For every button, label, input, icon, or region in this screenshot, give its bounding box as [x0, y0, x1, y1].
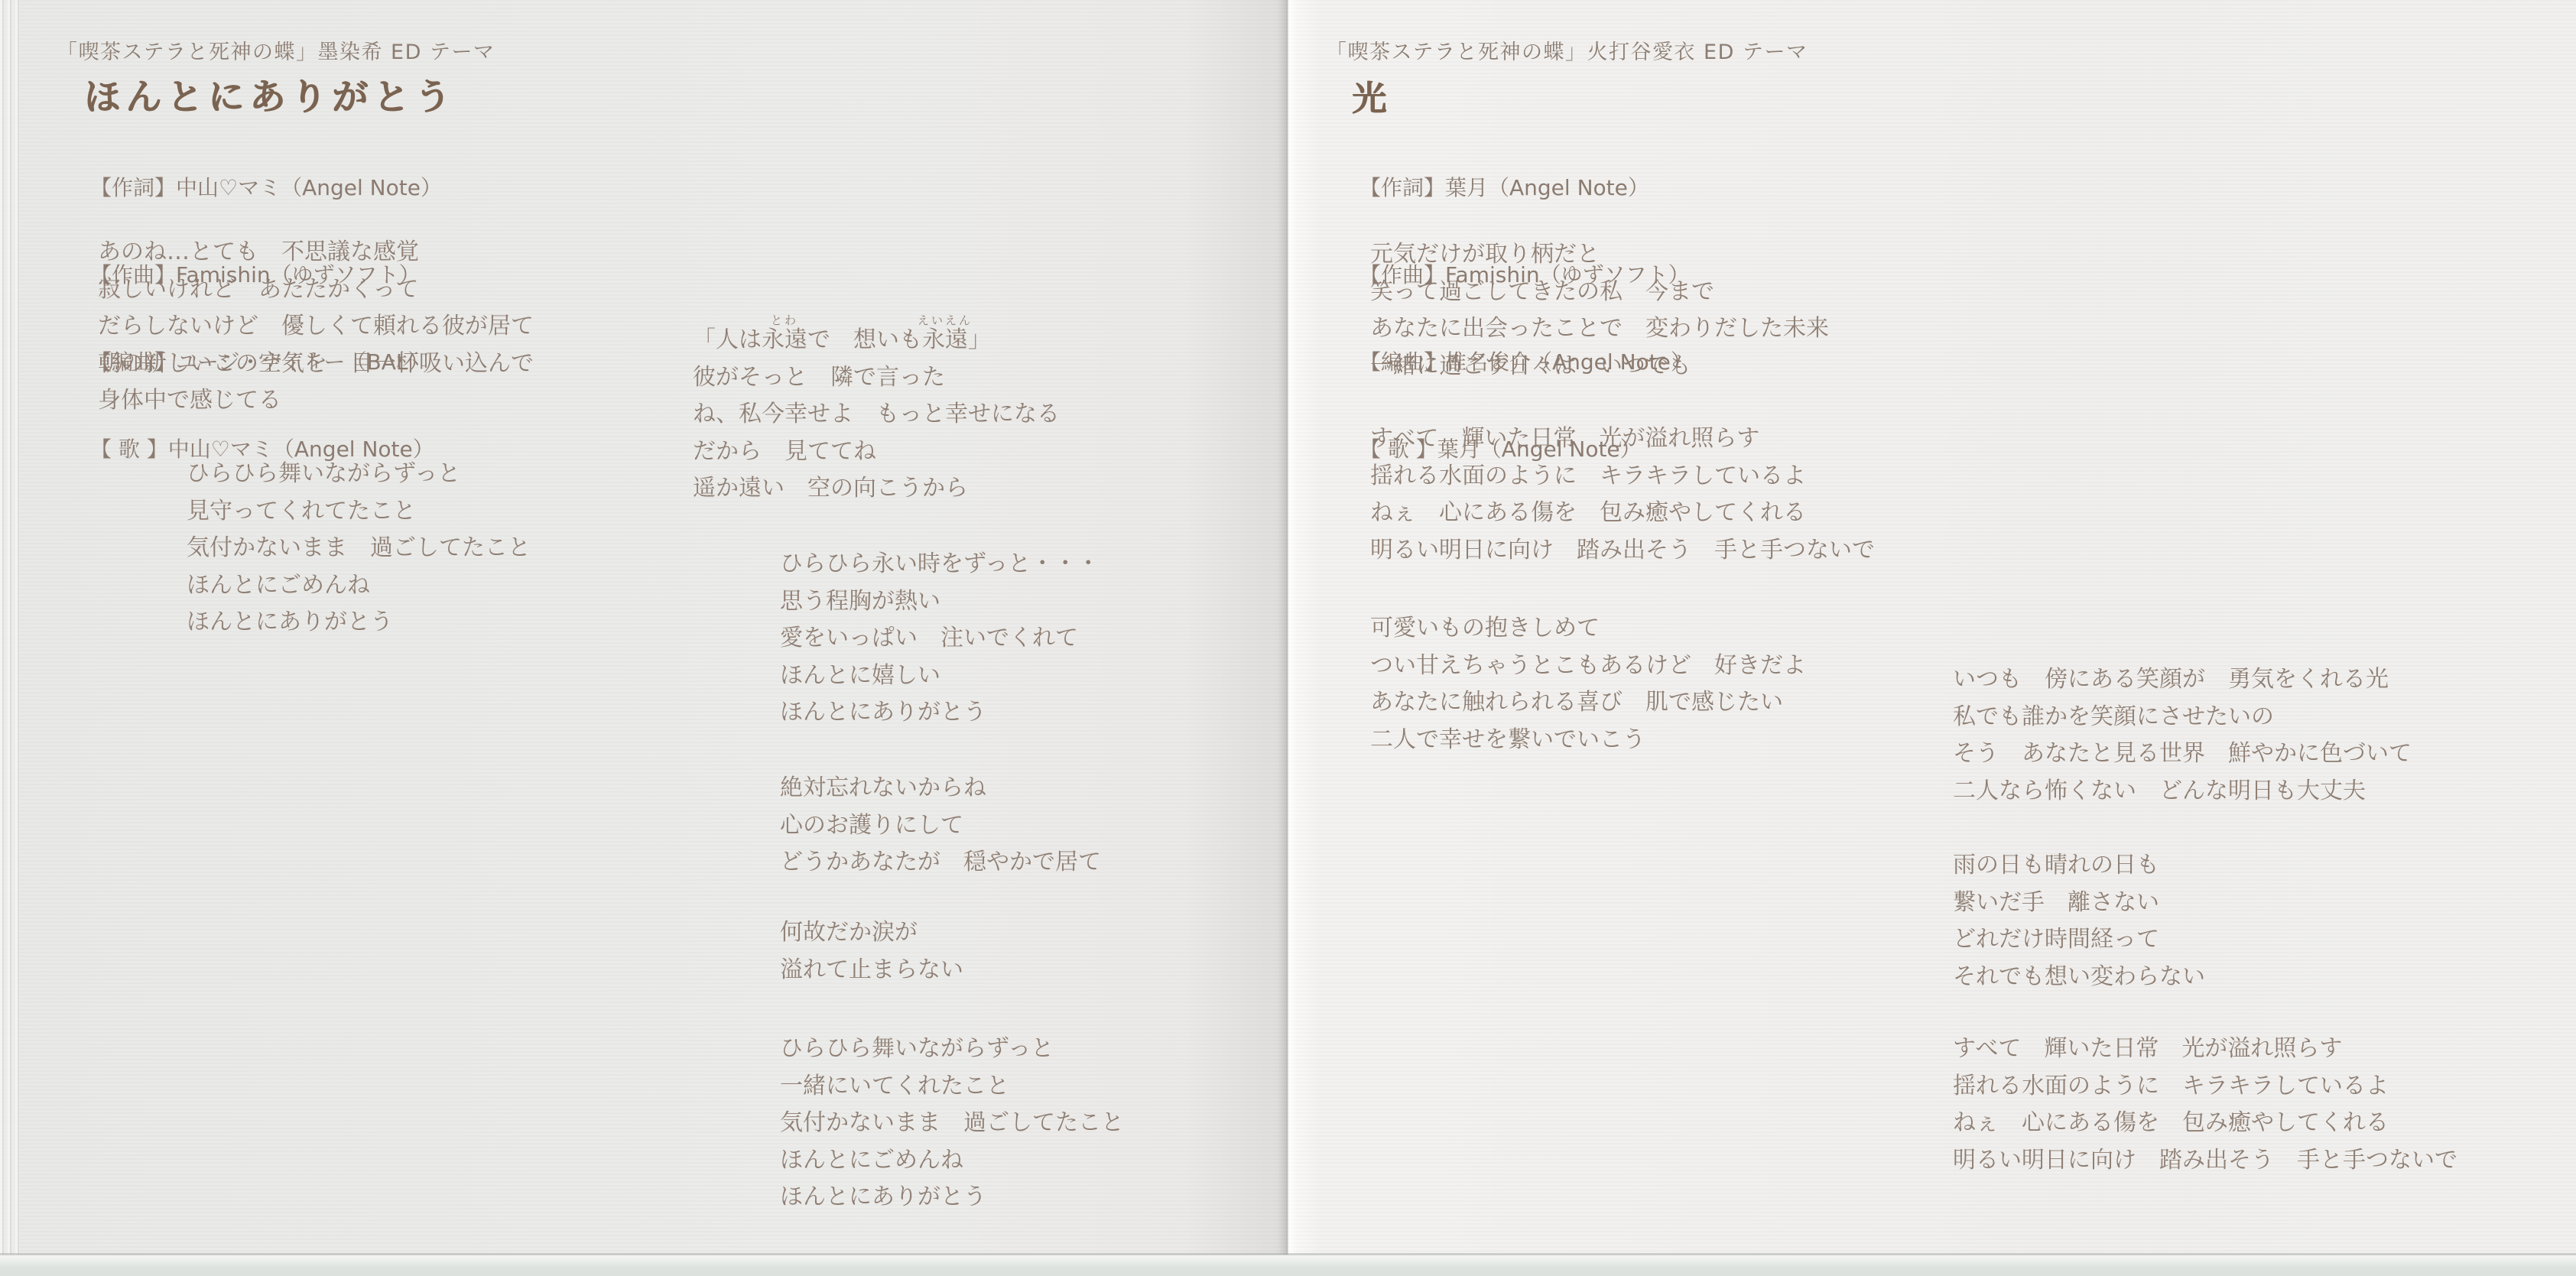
- lyric-line: 気付かないまま 過ごしてたこと: [780, 1105, 1124, 1142]
- credit-line: 【作詞】葉月（Angel Note）: [1359, 174, 1692, 203]
- lyric-line: 見守ってくれてたこと: [187, 493, 531, 531]
- lyric-line: それでも想い変わらない: [1953, 959, 2205, 996]
- lyric-line: すべて 輝いた日常 光が溢れ照らす: [1953, 1031, 2457, 1068]
- lyric-stanza: 可愛いもの抱きしめてつい甘えちゃうとこもあるけど 好きだよあなたに触れられる喜び…: [1370, 610, 1806, 758]
- lyric-line: ねぇ 心にある傷を 包み癒やしてくれる: [1370, 495, 1875, 532]
- lyric-line: ほんとに嬉しい: [780, 657, 1100, 695]
- lyric-line: すべて 輝いた日常 光が溢れ照らす: [1370, 420, 1875, 458]
- lyric-line: 心のお護りにして: [780, 807, 1101, 845]
- lyric-line: ねぇ 心にある傷を 包み癒やしてくれる: [1953, 1105, 2457, 1142]
- lyric-line: どれだけ時間経って: [1953, 921, 2205, 959]
- lyric-line: だらしないけど 優しくて頼れる彼が居て: [98, 308, 534, 346]
- lyric-line: 雨の日も晴れの日も: [1953, 847, 2205, 885]
- lyric-stanza: 絶対忘れないからね心のお護りにしてどうかあなたが 穏やかで居て: [780, 770, 1101, 882]
- lyric-line: 朝の新しいこの空気を 目一杯吸い込んで: [98, 346, 534, 383]
- lyric-line: 二人なら怖くない どんな明日も大丈夫: [1953, 773, 2412, 810]
- ruby-annotation: えいえん: [918, 315, 973, 326]
- lyric-line: 元気だけが取り柄だと: [1370, 236, 1829, 274]
- lyric-line: あなたに触れられる喜び 肌で感じたい: [1370, 684, 1806, 722]
- lyric-line: 身体中で感じてる: [98, 382, 534, 420]
- lyric-stanza: すべて 輝いた日常 光が溢れ照らす揺れる水面のように キラキラしているよねぇ 心…: [1370, 420, 1875, 569]
- left-song-title: ほんとにありがとう: [84, 69, 456, 120]
- page-stack-edge: [0, 0, 20, 1255]
- lyric-line: 気付かないまま 過ごしてたこと: [187, 530, 531, 567]
- right-song-header: 「喫茶ステラと死神の蝶」火打谷愛衣 ED テーマ: [1326, 35, 1808, 65]
- lyric-line: ほんとにごめんね: [780, 1142, 1124, 1180]
- lyric-line: ね、私今幸せよ もっと幸せになる: [693, 396, 1060, 433]
- lyric-stanza: 元気だけが取り柄だと笑って過ごしてきたの私 今まであなたに出会ったことで 変わり…: [1370, 236, 1829, 385]
- lyric-line: 遥か遠い 空の向こうから: [693, 470, 1060, 508]
- lyric-line: 寂しいけれど あたたかくって: [98, 271, 534, 309]
- credit-line: 【作詞】中山♡マミ（Angel Note）: [90, 174, 442, 203]
- booklet-spread: 「喫茶ステラと死神の蝶」墨染希 ED テーマ ほんとにありがとう 【作詞】中山♡…: [0, 0, 2576, 1276]
- lyric-line: 一緒に過ごす日々は いつでも: [1370, 348, 1829, 385]
- lyric-line: 思う程胸が熱い: [780, 583, 1100, 621]
- lyric-line: ひらひら舞いながらずっと: [780, 1031, 1124, 1068]
- right-song-title: 光: [1352, 70, 1388, 120]
- left-song-header: 「喫茶ステラと死神の蝶」墨染希 ED テーマ: [57, 35, 495, 65]
- lyric-line: どうかあなたが 穏やかで居て: [780, 844, 1101, 882]
- lyric-stanza: ひらひら舞いながらずっと見守ってくれてたこと気付かないまま 過ごしてたことほんと…: [187, 456, 531, 641]
- lyric-line: 揺れる水面のように キラキラしているよ: [1953, 1068, 2457, 1106]
- lyric-line: だから 見ててね: [693, 433, 1060, 471]
- lyric-line: 揺れる水面のように キラキラしているよ: [1370, 458, 1875, 495]
- lyric-line: 明るい明日に向け 踏み出そう 手と手つないで: [1370, 532, 1875, 570]
- lyric-stanza: 雨の日も晴れの日も繋いだ手 離さないどれだけ時間経ってそれでも想い変わらない: [1953, 847, 2205, 995]
- lyric-line: 明るい明日に向け 踏み出そう 手と手つないで: [1953, 1142, 2457, 1180]
- lyric-line: ほんとにありがとう: [780, 1179, 1124, 1216]
- lyric-stanza: すべて 輝いた日常 光が溢れ照らす揺れる水面のように キラキラしているよねぇ 心…: [1953, 1031, 2457, 1179]
- lyric-line: 二人で幸せを繋いでいこう: [1370, 722, 1806, 759]
- lyric-line: 絶対忘れないからね: [780, 770, 1101, 807]
- ruby-annotation: とわ: [771, 315, 798, 326]
- lyric-stanza: いつも 傍にある笑顔が 勇気をくれる光私でも誰かを笑顔にさせたいのそう あなたと…: [1953, 661, 2412, 810]
- lyric-stanza: ひらひら舞いながらずっと一緒にいてくれたこと気付かないまま 過ごしてたことほんと…: [780, 1031, 1124, 1216]
- lyric-line: 一緒にいてくれたこと: [780, 1068, 1124, 1106]
- lyric-line: つい甘えちゃうとこもあるけど 好きだよ: [1370, 648, 1806, 685]
- lyric-stanza: ひらひら永い時をずっと・・・思う程胸が熱い愛をいっぱい 注いでくれてほんとに嬉し…: [780, 546, 1100, 732]
- lyric-line: ほんとにありがとう: [780, 694, 1100, 732]
- lyric-line: ひらひら舞いながらずっと: [187, 456, 531, 493]
- lyric-stanza: あのね…とても 不思議な感覚寂しいけれど あたたかくってだらしないけど 優しくて…: [98, 234, 534, 420]
- lyric-line: 笑って過ごしてきたの私 今まで: [1370, 274, 1829, 311]
- lyric-line: 溢れて止まらない: [780, 952, 963, 989]
- lyric-line: 可愛いもの抱きしめて: [1370, 610, 1806, 648]
- lyric-line: ほんとにごめんね: [187, 567, 531, 605]
- lyric-line: 私でも誰かを笑顔にさせたいの: [1953, 699, 2412, 736]
- lyric-line: あのね…とても 不思議な感覚: [98, 234, 534, 271]
- lyric-line: あなたに出会ったことで 変わりだした未来: [1370, 310, 1829, 348]
- lyric-stanza: 「人は永遠とわで 想いも永遠えいえん」彼がそっと 隣で言ったね、私今幸せよ もっ…: [693, 322, 1060, 508]
- page-bottom-edge: [0, 1255, 2576, 1276]
- lyric-line: 「人は永遠とわで 想いも永遠えいえん」: [693, 322, 1060, 359]
- lyric-line: 彼がそっと 隣で言った: [693, 359, 1060, 397]
- lyric-line: そう あなたと見る世界 鮮やかに色づいて: [1953, 735, 2412, 773]
- lyric-stanza: 何故だか涙が溢れて止まらない: [780, 914, 963, 989]
- lyric-line: 繋いだ手 離さない: [1953, 885, 2205, 922]
- lyric-line: いつも 傍にある笑顔が 勇気をくれる光: [1953, 661, 2412, 699]
- center-fold: [1278, 0, 1297, 1255]
- lyric-line: ひらひら永い時をずっと・・・: [780, 546, 1100, 583]
- lyric-line: 愛をいっぱい 注いでくれて: [780, 620, 1100, 657]
- lyric-line: 何故だか涙が: [780, 914, 963, 952]
- lyric-line: ほんとにありがとう: [187, 604, 531, 641]
